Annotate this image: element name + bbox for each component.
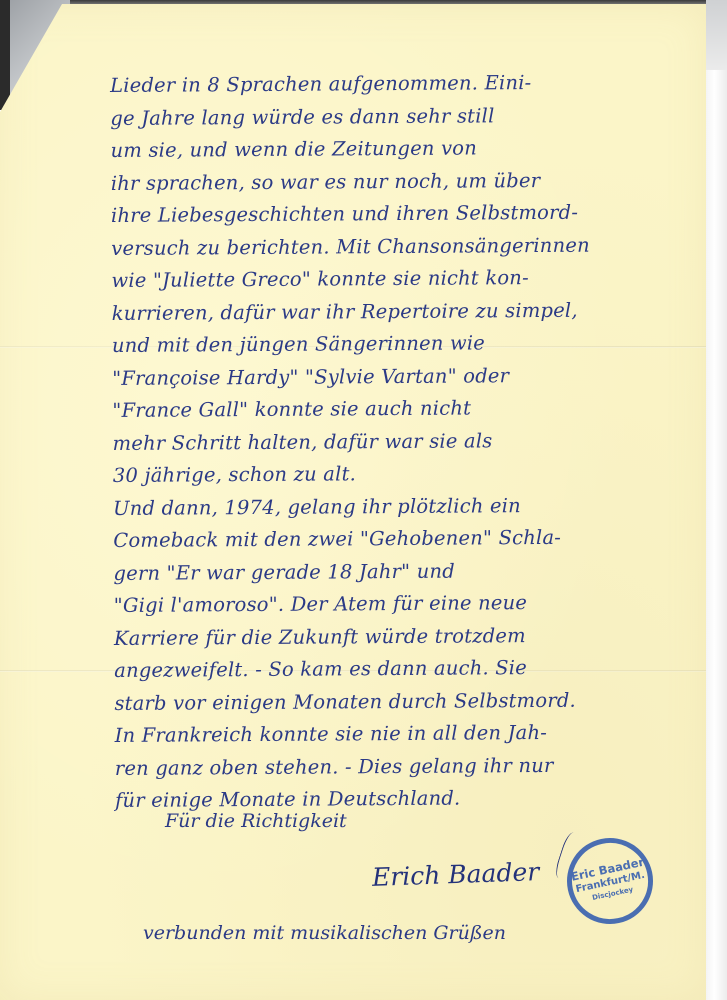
greeting-line: verbunden mit musikalischen Grüßen <box>143 922 506 944</box>
letter-line: wie "Juliette Greco" konnte sie nicht ko… <box>111 261 701 298</box>
letter-line: Und dann, 1974, gelang ihr plötzlich ein <box>113 488 703 525</box>
letter-line: ihr sprachen, so war es nur noch, um übe… <box>111 163 701 200</box>
letter-line: angezweifelt. - So kam es dann auch. Sie <box>114 651 704 688</box>
letter-line: starb vor einigen Monaten durch Selbstmo… <box>114 683 704 720</box>
letter-line: Comeback mit den zwei "Gehobenen" Schla- <box>113 521 703 558</box>
closing-line: Für die Richtigkeit <box>165 810 347 832</box>
letter-line: In Frankreich konnte sie nie in all den … <box>115 716 705 753</box>
signature: Erich Baader <box>372 857 540 892</box>
scan-backdrop-right-top <box>706 0 727 70</box>
letter-line: "France Gall" konnte sie auch nicht <box>112 391 702 428</box>
letter-line: 30 jährige, schon zu alt. <box>113 456 703 493</box>
letter-line: und mit den jüngen Sängerinnen wie <box>112 326 702 363</box>
letter-line: kurrieren, dafür war ihr Repertoire zu s… <box>112 293 702 330</box>
letter-line: ihre Liebesgeschichten und ihren Selbstm… <box>111 196 701 233</box>
letter-body: Lieder in 8 Sprachen aufgenommen. Eini-g… <box>110 66 705 818</box>
letter-line: versuch zu berichten. Mit Chansonsängeri… <box>111 228 701 265</box>
letter-line: Karriere für die Zukunft würde trotzdem <box>114 618 704 655</box>
letter-line: ge Jahre lang würde es dann sehr still <box>110 98 700 135</box>
scan-backdrop-left <box>0 0 10 110</box>
scan-backdrop-right <box>706 0 727 1000</box>
letter-line: mehr Schritt halten, dafür war sie als <box>112 423 702 460</box>
letter-line: "Gigi l'amoroso". Der Atem für eine neue <box>114 586 704 623</box>
letter-line: gern "Er war gerade 18 Jahr" und <box>113 553 703 590</box>
letter-line: "Françoise Hardy" "Sylvie Vartan" oder <box>112 358 702 395</box>
letter-line: um sie, und wenn die Zeitungen von <box>110 131 700 168</box>
letter-line: ren ganz oben stehen. - Dies gelang ihr … <box>115 748 705 785</box>
letter-line: Lieder in 8 Sprachen aufgenommen. Eini- <box>110 66 700 103</box>
